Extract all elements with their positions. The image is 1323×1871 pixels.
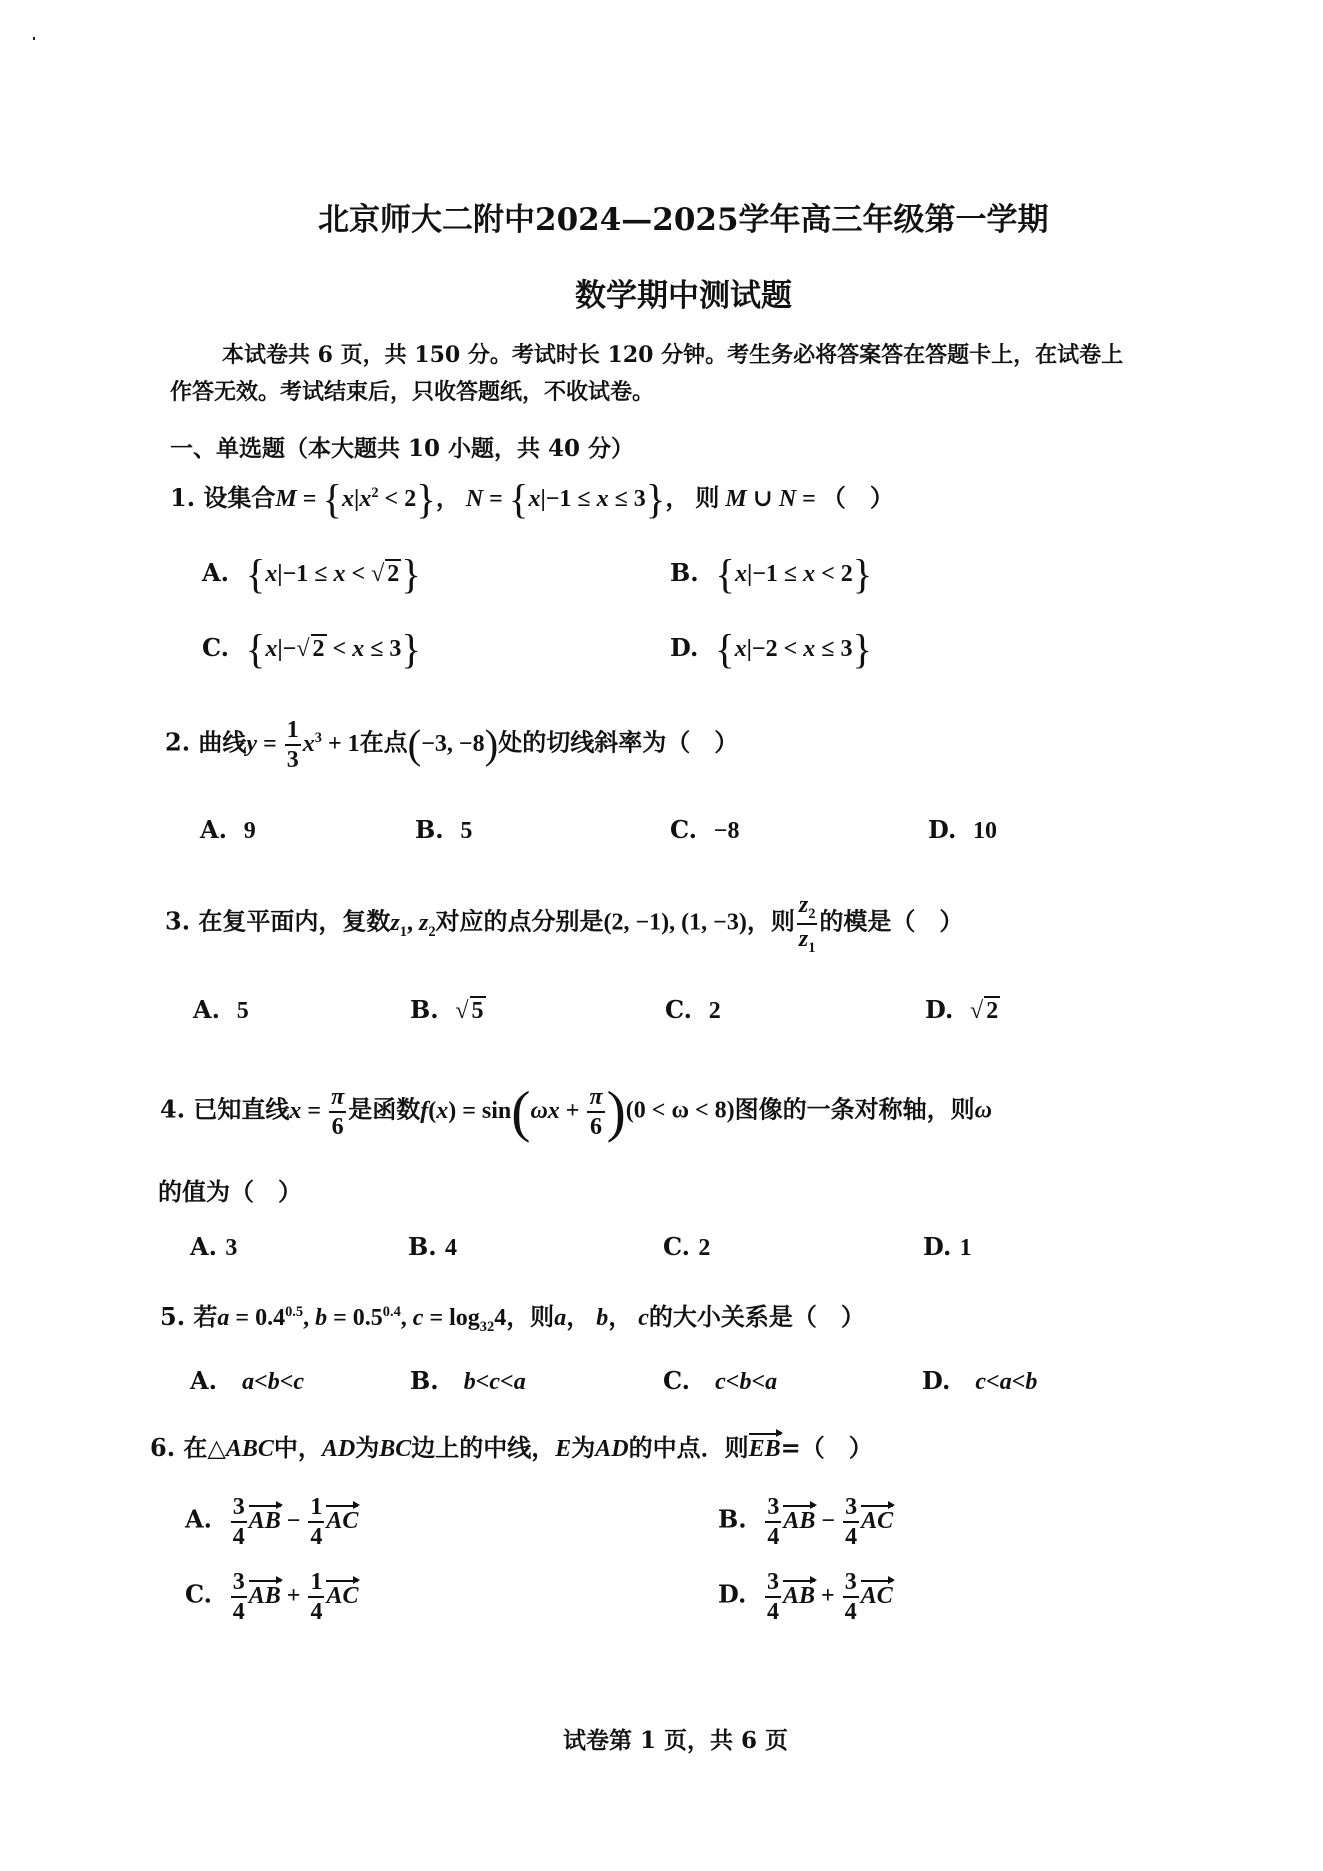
section-heading: 一、单选题（本大题共 10 小题，共 40 分）	[170, 430, 634, 463]
q2-option-c[interactable]: C. −8	[670, 815, 739, 845]
q2-option-a[interactable]: A. 9	[200, 815, 256, 845]
intro-line-2: 作答无效。考试结束后，只收答题纸，不收试卷。	[170, 375, 654, 406]
page-footer: 试卷第 1 页，共 6 页	[563, 1722, 788, 1755]
vector-eb: EB	[749, 1436, 781, 1463]
q1-option-d[interactable]: D. {x|−2 < x ≤ 3}	[670, 633, 872, 667]
question-3: 3. 在复平面内，复数z1, z2对应的点分别是(2, −1), (1, −3)…	[165, 893, 963, 955]
question-4-line-2: 的值为（ ）	[158, 1172, 302, 1207]
question-stem-prefix: 设集合	[203, 483, 275, 512]
question-number: 1.	[170, 483, 195, 512]
q1-option-b[interactable]: B. {x|−1 ≤ x < 2}	[670, 558, 872, 592]
question-6: 6. 在△ABC中，AD为BC边上的中线，E为AD的中点．则EB=（ ）	[150, 1428, 873, 1463]
q6-option-a[interactable]: A. 34AB − 14AC	[185, 1495, 358, 1549]
q4-option-b[interactable]: B. 4	[408, 1232, 457, 1262]
q4-option-c[interactable]: C. 2	[663, 1232, 710, 1262]
exam-title: 北京师大二附中2024—2025学年高三年级第一学期	[318, 194, 1049, 239]
question-1: 1. 设集合M = {x|x2 < 2}， N = {x|−1 ≤ x ≤ 3}…	[170, 478, 894, 517]
q5-option-d[interactable]: D. c<a<b	[922, 1366, 1037, 1396]
q3-option-b[interactable]: B. √5	[410, 995, 486, 1025]
q3-option-c[interactable]: C. 2	[665, 995, 721, 1025]
q6-option-d[interactable]: D. 34AB + 34AC	[718, 1570, 893, 1624]
q4-option-d[interactable]: D. 1	[923, 1232, 972, 1262]
q3-option-d[interactable]: D. √2	[925, 995, 1000, 1025]
intro-line-1: 本试卷共 6 页，共 150 分。考试时长 120 分钟。考生务必将答案答在答题…	[222, 338, 1123, 369]
question-4: 4. 已知直线x = π6是函数f(x) = sin(ωx + π6)(0 < …	[160, 1085, 992, 1139]
q6-option-b[interactable]: B. 34AB − 34AC	[718, 1495, 893, 1549]
q4-option-a[interactable]: A. 3	[190, 1232, 237, 1262]
q5-option-c[interactable]: C. c<b<a	[663, 1366, 777, 1396]
q1-option-a[interactable]: A. {x|−1 ≤ x < √2}	[202, 558, 421, 592]
question-2: 2. 曲线y = 13x3 + 1在点(−3, −8)处的切线斜率为（ ）	[165, 718, 738, 772]
scan-speck	[33, 37, 35, 40]
exam-subtitle: 数学期中测试题	[575, 270, 792, 315]
q1-option-c[interactable]: C. {x|−√2 < x ≤ 3}	[202, 633, 421, 667]
q6-option-c[interactable]: C. 34AB + 14AC	[185, 1570, 358, 1624]
q3-option-a[interactable]: A. 5	[193, 995, 249, 1025]
q2-option-b[interactable]: B. 5	[415, 815, 472, 845]
q5-option-a[interactable]: A. a<b<c	[190, 1366, 304, 1396]
question-5: 5. 若a = 0.40.5, b = 0.50.4, c = log324，则…	[160, 1297, 865, 1336]
q5-option-b[interactable]: B. b<c<a	[410, 1366, 526, 1396]
q2-option-d[interactable]: D. 10	[928, 815, 997, 845]
